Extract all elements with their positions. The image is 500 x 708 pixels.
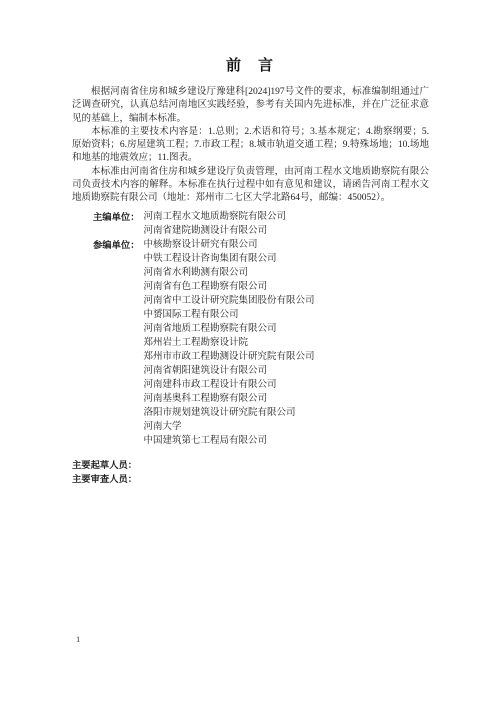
personnel-section: 主要起草人员： 主要审查人员： [72, 458, 429, 486]
document-page: 前 言 根据河南省住房和城乡建设厅豫建科[2024]197号文件的要求，标准编制… [0, 0, 500, 708]
unit-name: 中铁工程设计咨询集团有限公司 [144, 252, 430, 266]
editing-units-section: 主编单位： 河南工程水文地质勘察院有限公司河南省建院勘测设计有限公司 参编单位：… [93, 210, 429, 448]
unit-name: 河南大学 [144, 420, 430, 434]
page-title: 前 言 [0, 54, 500, 75]
unit-name: 河南省有色工程勘察有限公司 [144, 280, 430, 294]
unit-name: 郑州岩土工程勘察设计院 [144, 336, 430, 350]
chief-editor-label: 主编单位： [93, 210, 140, 224]
unit-name: 中核勘察设计研究有限公司 [144, 238, 430, 252]
unit-name: 河南省朝阳建筑设计有限公司 [144, 364, 430, 378]
preface-paragraph-management: 本标准由河南省住房和城乡建设厅负责管理，由河南工程水文地质勘察院有限公司负责技术… [72, 166, 429, 206]
unit-name: 中赟国际工程有限公司 [144, 308, 430, 322]
unit-name: 郑州市市政工程勘测设计研究院有限公司 [144, 350, 430, 364]
participating-editors-unit-list: 中核勘察设计研究有限公司中铁工程设计咨询集团有限公司河南省水利勘测有限公司河南省… [144, 238, 430, 448]
unit-name: 中国建筑第七工程局有限公司 [144, 434, 430, 448]
chief-editor-unit-list: 河南工程水文地质勘察院有限公司河南省建院勘测设计有限公司 [144, 210, 430, 238]
preface-content: 根据河南省住房和城乡建设厅豫建科[2024]197号文件的要求，标准编制组通过广… [72, 86, 429, 486]
drafters-label: 主要起草人员： [72, 458, 429, 472]
unit-name: 洛阳市规划建筑设计研究院有限公司 [144, 406, 430, 420]
unit-name: 河南省建院勘测设计有限公司 [144, 224, 430, 238]
page-number: 1 [76, 634, 80, 644]
preface-paragraph-basis: 根据河南省住房和城乡建设厅豫建科[2024]197号文件的要求，标准编制组通过广… [72, 86, 429, 126]
unit-name: 河南省中工设计研究院集团股份有限公司 [144, 294, 430, 308]
participating-editors-label: 参编单位： [93, 238, 140, 252]
reviewers-label: 主要审查人员： [72, 472, 429, 486]
unit-name: 河南建科市政工程设计有限公司 [144, 378, 430, 392]
preface-paragraph-contents: 本标准的主要技术内容是：1.总则；2.术语和符号；3.基本规定；4.勘察纲要；5… [72, 126, 429, 166]
unit-name: 河南工程水文地质勘察院有限公司 [144, 210, 430, 224]
participating-editors-row: 参编单位： 中核勘察设计研究有限公司中铁工程设计咨询集团有限公司河南省水利勘测有… [93, 238, 429, 448]
unit-name: 河南省地质工程勘察院有限公司 [144, 322, 430, 336]
unit-name: 河南基奥科工程勘察有限公司 [144, 392, 430, 406]
unit-name: 河南省水利勘测有限公司 [144, 266, 430, 280]
chief-editor-row: 主编单位： 河南工程水文地质勘察院有限公司河南省建院勘测设计有限公司 [93, 210, 429, 238]
